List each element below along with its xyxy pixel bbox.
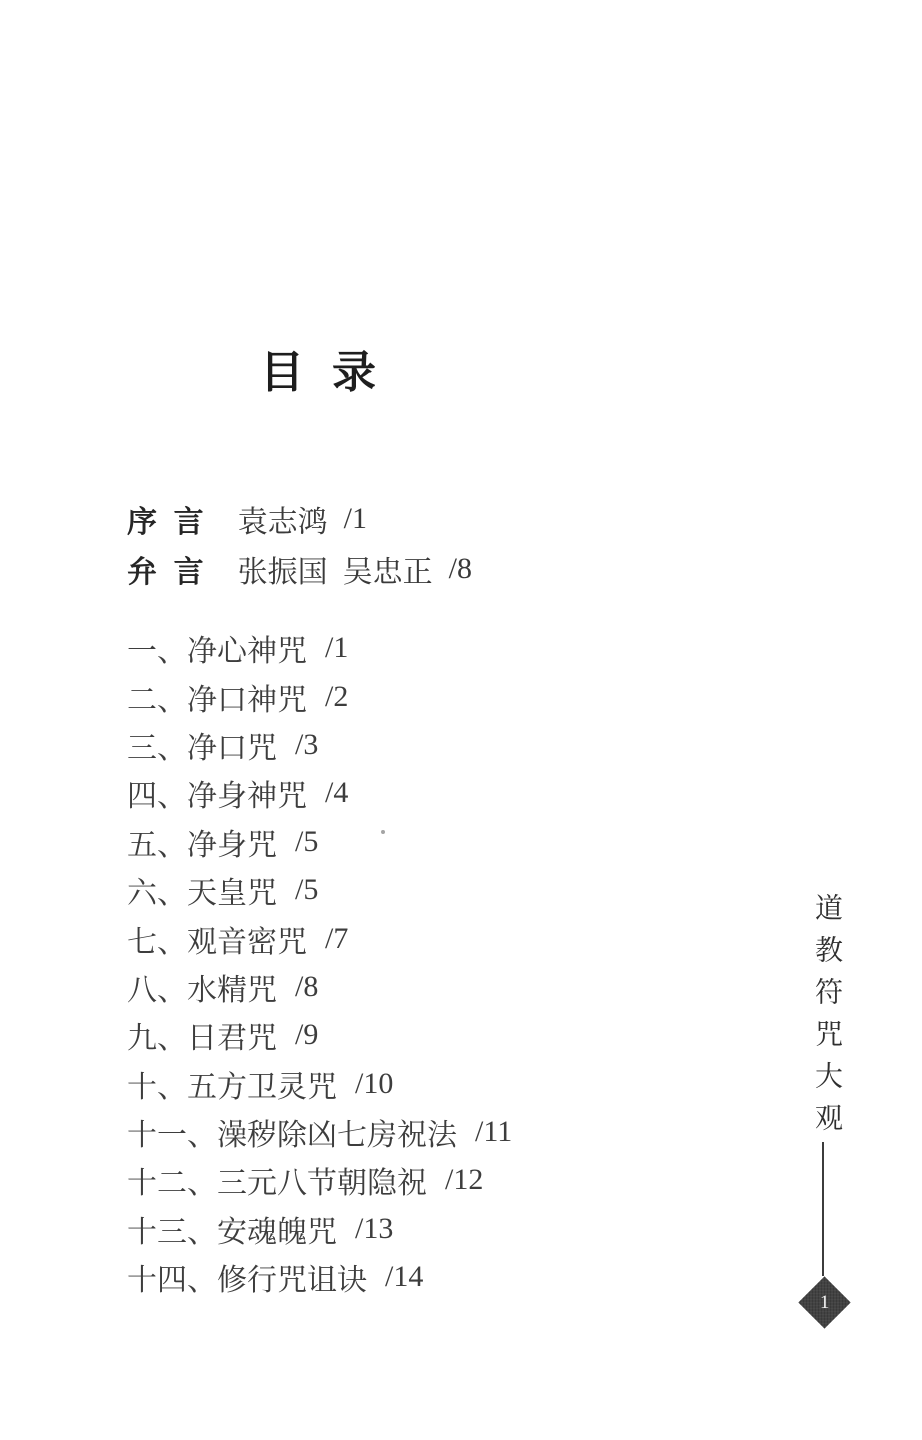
- toc-item-label: 二、净口神咒: [127, 675, 307, 719]
- toc-item-label: 七、观音密咒: [127, 917, 307, 961]
- toc-list: 一、净心神咒 /1 二、净口神咒 /2 三、净口咒 /3 四、净身神咒 /4 五…: [127, 624, 512, 1301]
- toc-item-page: /10: [355, 1067, 393, 1101]
- toc-item-label: 三、净口咒: [127, 723, 277, 767]
- toc-item: 十、五方卫灵咒 /10: [127, 1060, 512, 1108]
- book-toc-page: 目 录 序 言 袁志鸿 /1 弁 言 张振国 吴忠正 /8 一、净心神咒 /1 …: [0, 0, 922, 1440]
- toc-item: 三、净口咒 /3: [127, 721, 512, 769]
- toc-item: 一、净心神咒 /1: [127, 624, 512, 672]
- toc-item-page: /11: [475, 1115, 512, 1149]
- toc-item-label: 六、天皇咒: [127, 868, 277, 912]
- front-matter-row: 序 言 袁志鸿 /1: [127, 494, 472, 544]
- toc-item-page: /8: [295, 970, 318, 1004]
- sidebar-rule: [822, 1142, 824, 1276]
- toc-item-page: /2: [325, 680, 348, 714]
- toc-item-label: 一、净心神咒: [127, 626, 307, 670]
- toc-item: 九、日君咒 /9: [127, 1011, 512, 1059]
- toc-item: 四、净身神咒 /4: [127, 769, 512, 817]
- toc-item-label: 四、净身神咒: [127, 771, 307, 815]
- toc-item-label: 八、水精咒: [127, 965, 277, 1009]
- front-matter-row: 弁 言 张振国 吴忠正 /8: [127, 544, 472, 594]
- toc-item-page: /12: [445, 1163, 483, 1197]
- page-number-diamond: 1: [798, 1276, 850, 1328]
- front-matter-label: 序 言: [127, 497, 204, 541]
- toc-item-page: /9: [295, 1018, 318, 1052]
- toc-item-label: 十三、安魂魄咒: [127, 1207, 337, 1251]
- front-matter-label: 弁 言: [127, 547, 204, 591]
- toc-item: 六、天皇咒 /5: [127, 866, 512, 914]
- toc-item: 七、观音密咒 /7: [127, 914, 512, 962]
- toc-item-page: /13: [355, 1212, 393, 1246]
- toc-item: 八、水精咒 /8: [127, 963, 512, 1011]
- toc-item-page: /3: [295, 728, 318, 762]
- front-matter-authors: 袁志鸿: [238, 497, 328, 541]
- front-matter: 序 言 袁志鸿 /1 弁 言 张振国 吴忠正 /8: [127, 494, 472, 594]
- toc-item: 十二、三元八节朝隐祝 /12: [127, 1156, 512, 1204]
- front-matter-page: /1: [344, 502, 367, 536]
- page-number: 1: [820, 1293, 830, 1312]
- toc-item: 十三、安魂魄咒 /13: [127, 1205, 512, 1253]
- toc-item-label: 十二、三元八节朝隐祝: [127, 1158, 427, 1202]
- toc-item-label: 十四、修行咒诅诀: [127, 1255, 367, 1299]
- toc-item-page: /7: [325, 922, 348, 956]
- toc-item-label: 五、净身咒: [127, 820, 277, 864]
- toc-item-label: 十一、澡秽除凶七房祝法: [127, 1110, 457, 1154]
- page-title: 目 录: [260, 336, 378, 400]
- toc-item-page: /4: [325, 776, 348, 810]
- toc-item-page: /1: [325, 631, 348, 665]
- toc-item: 五、净身咒 /5: [127, 818, 512, 866]
- toc-item: 二、净口神咒 /2: [127, 672, 512, 720]
- toc-item: 十四、修行咒诅诀 /14: [127, 1253, 512, 1301]
- toc-item-page: /5: [295, 825, 318, 859]
- scan-speck: [381, 830, 385, 834]
- sidebar-book-title: 道教符咒大观: [806, 893, 846, 1145]
- front-matter-authors: 张振国 吴忠正: [238, 547, 433, 591]
- toc-item-page: /5: [295, 873, 318, 907]
- front-matter-page: /8: [449, 552, 472, 586]
- toc-item-label: 九、日君咒: [127, 1013, 277, 1057]
- toc-item-label: 十、五方卫灵咒: [127, 1062, 337, 1106]
- toc-item-page: /14: [385, 1260, 423, 1294]
- toc-item: 十一、澡秽除凶七房祝法 /11: [127, 1108, 512, 1156]
